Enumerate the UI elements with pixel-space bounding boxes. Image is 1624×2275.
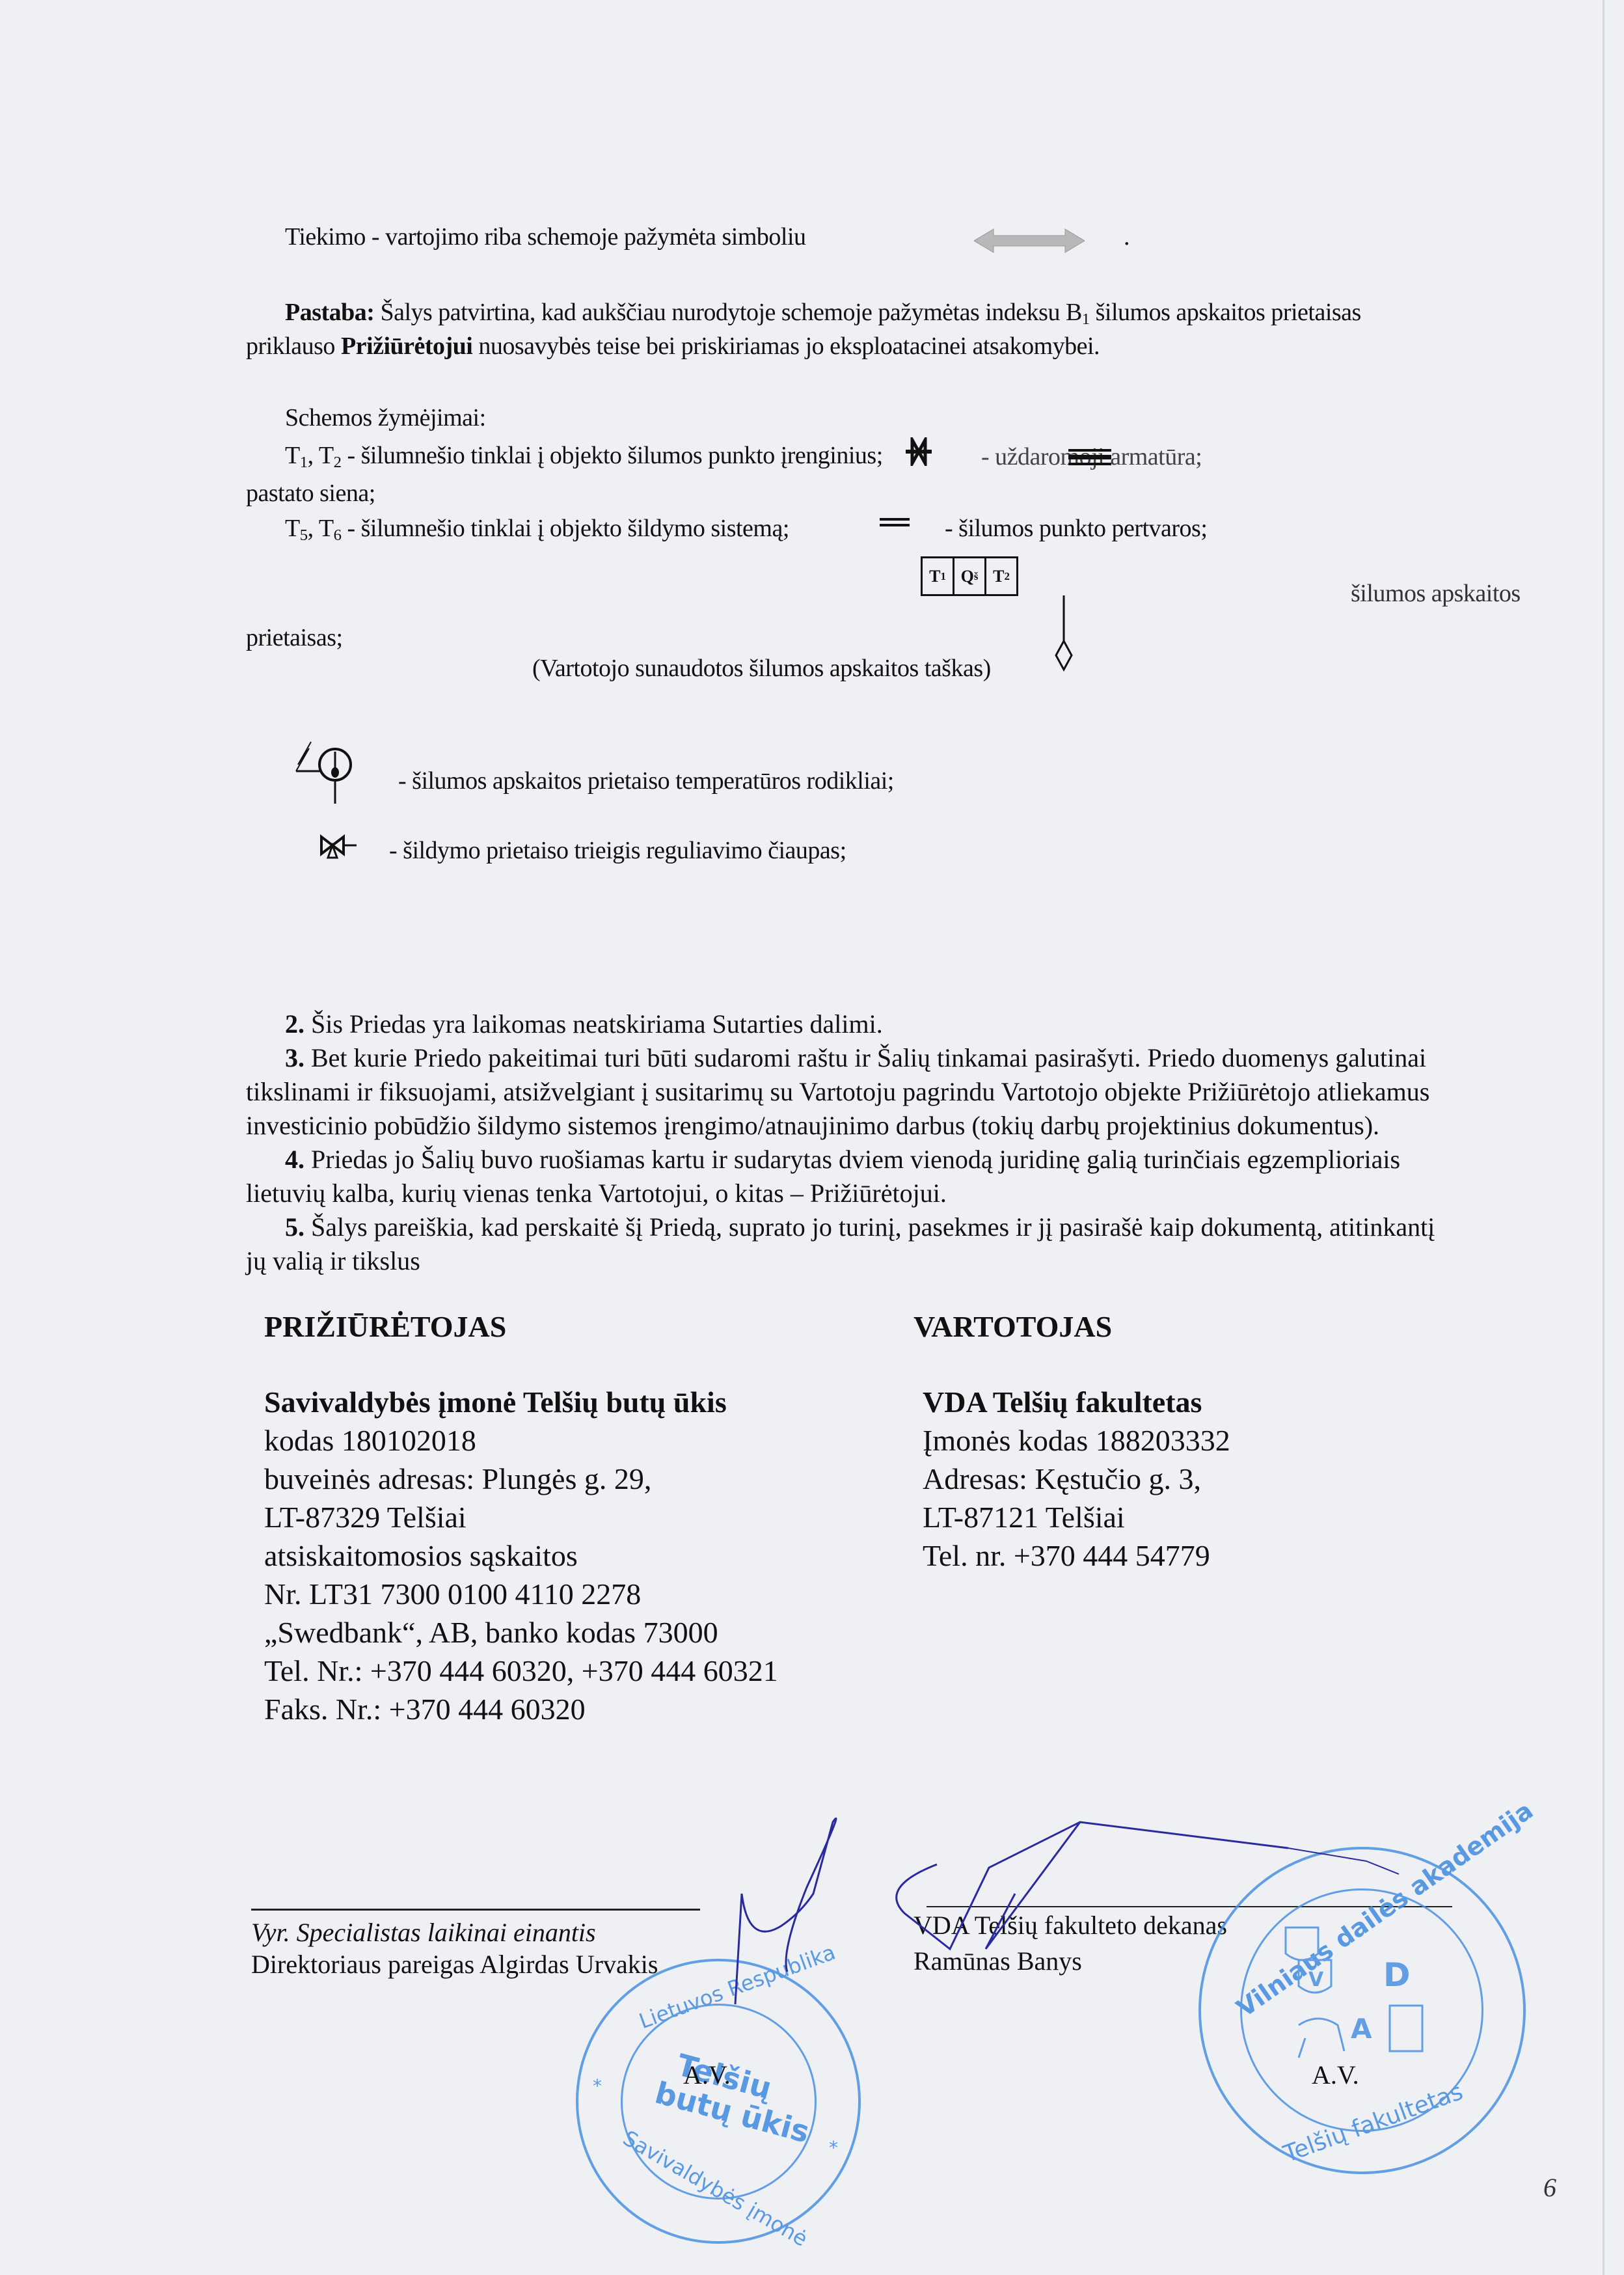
- left-party-name: Savivaldybės įmonė Telšių butų ūkis: [264, 1383, 778, 1421]
- boundary-text: Tiekimo - vartojimo riba schemoje pažymė…: [285, 223, 806, 251]
- left-sign-name: Direktoriaus pareigas Algirdas Urvakis: [251, 1949, 658, 1980]
- note-bold: Prižiūrėtojui: [341, 333, 472, 360]
- document-page: Tiekimo - vartojimo riba schemoje pažymė…: [0, 0, 1624, 2275]
- clause-text: Šalys pareiškia, kad perskaitė šį Priedą…: [304, 1212, 1435, 1242]
- left-account-label: atsiskaitomosios sąskaitos: [264, 1536, 778, 1575]
- clause-text: Bet kurie Priedo pakeitimai turi būti su…: [304, 1043, 1426, 1072]
- stamp-star: *: [829, 2137, 838, 2159]
- left-postal: LT-87329 Telšiai: [264, 1498, 778, 1536]
- right-party-details: VDA Telšių fakultetas Įmonės kodas 18820…: [923, 1383, 1230, 1575]
- boundary-label: Tiekimo - vartojimo riba schemoje pažymė…: [285, 223, 806, 251]
- left-sign-title: Vyr. Specialistas laikinai einantis: [251, 1917, 596, 1948]
- meter-legend-cont: prietaisas;: [246, 623, 343, 652]
- page-edge: [1603, 0, 1604, 2275]
- handwritten-signatures: [651, 1796, 1399, 2056]
- legend-t1t2: T1, T2 - šilumnešio tinklai į objekto ši…: [285, 441, 883, 472]
- clause-number: 4.: [285, 1145, 304, 1174]
- heat-meter-box: T1 Qš T2: [921, 556, 1018, 596]
- t-sub: 2: [334, 454, 342, 471]
- note-text-2a: priklauso: [246, 333, 341, 360]
- t-text: - šilumnešio tinklai į objekto šilumos p…: [341, 442, 882, 469]
- right-postal: LT-87121 Telšiai: [923, 1498, 1230, 1536]
- left-account-number: Nr. LT31 7300 0100 4110 2278: [264, 1575, 778, 1613]
- note-text: Šalys patvirtina, kad aukščiau nurodytoj…: [380, 299, 1081, 326]
- meter-cell-sub: š: [974, 570, 979, 583]
- page-number: 6: [1543, 2172, 1556, 2203]
- wall-symbol-icon: [1068, 449, 1111, 466]
- threeway-legend: - šildymo prietaiso trieigis reguliavimo…: [389, 836, 846, 865]
- clause-3: 3. Bet kurie Priedo pakeitimai turi būti…: [246, 1041, 1567, 1075]
- meter-cell-sub: 1: [940, 570, 945, 583]
- t-sub: 1: [300, 454, 308, 471]
- clauses-block: 2. Šis Priedas yra laikomas neatskiriama…: [246, 1007, 1567, 1278]
- three-way-valve-icon: [320, 834, 359, 860]
- clause-number: 5.: [285, 1212, 304, 1242]
- t-sub: 6: [334, 526, 342, 544]
- t-sub: 5: [300, 526, 308, 544]
- left-signature-line: [251, 1909, 700, 1911]
- legend-title: Schemos žymėjimai:: [285, 403, 486, 432]
- t-label: T: [285, 515, 300, 542]
- right-code: Įmonės kodas 188203332: [923, 1421, 1230, 1460]
- clause-text: Šis Priedas yra laikomas neatskiriama Su…: [304, 1009, 883, 1039]
- note-line-1: Pastaba: Šalys patvirtina, kad aukščiau …: [285, 298, 1361, 329]
- meter-cell-label: T: [993, 567, 1004, 586]
- meter-cell-t2: T2: [986, 558, 1016, 594]
- t-label: T: [285, 442, 300, 469]
- right-address: Adresas: Kęstučio g. 3,: [923, 1460, 1230, 1498]
- right-seal-mark: A.V.: [1312, 2060, 1359, 2090]
- right-party-name: VDA Telšių fakultetas: [923, 1383, 1230, 1421]
- clause-5-cont: jų valią ir tikslus: [246, 1244, 1567, 1278]
- left-code: kodas 180102018: [264, 1421, 778, 1460]
- meter-cell-q: Qš: [954, 558, 986, 594]
- left-fax: Faks. Nr.: +370 444 60320: [264, 1690, 778, 1728]
- wall-legend: pastato siena;: [246, 479, 375, 508]
- left-phone: Tel. Nr.: +370 444 60320, +370 444 60321: [264, 1652, 778, 1690]
- clause-3-cont: tikslinami ir fiksuojami, atsižvelgiant …: [246, 1075, 1567, 1109]
- note-label: Pastaba:: [285, 299, 374, 326]
- meter-cell-sub: 2: [1004, 570, 1009, 583]
- clause-3-cont: investicinio pobūdžio šildymo sistemos į…: [246, 1109, 1567, 1143]
- right-phone: Tel. nr. +370 444 54779: [923, 1536, 1230, 1575]
- clause-4-cont: lietuvių kalba, kurių vienas tenka Varto…: [246, 1177, 1567, 1210]
- clause-number: 3.: [285, 1043, 304, 1072]
- thermometer-icon: [293, 739, 364, 810]
- left-seal-mark: A.V.: [683, 2060, 731, 2090]
- left-party-details: Savivaldybės įmonė Telšių butų ūkis koda…: [264, 1383, 778, 1728]
- clause-2: 2. Šis Priedas yra laikomas neatskiriama…: [246, 1007, 1567, 1041]
- meter-point-caption: (Vartotojo sunaudotos šilumos apskaitos …: [532, 654, 991, 683]
- left-bank: „Swedbank“, AB, banko kodas 73000: [264, 1613, 778, 1652]
- meter-cell-label: Q: [961, 567, 974, 586]
- t-text: - šilumnešio tinklai į objekto šildymo s…: [341, 515, 789, 542]
- note-sub: 1: [1082, 310, 1090, 328]
- t-mid: , T: [308, 442, 334, 469]
- note-text-2b: nuosavybės teise bei priskiriamas jo eks…: [472, 333, 1100, 360]
- meter-legend: šilumos apskaitos: [1351, 579, 1521, 608]
- t-mid: , T: [308, 515, 334, 542]
- meter-cell-label: T: [929, 567, 940, 586]
- note-text-end: šilumos apskaitos prietaisas: [1090, 299, 1361, 326]
- partition-legend: - šilumos punkto pertvaros;: [945, 514, 1207, 543]
- meter-point-diamond-icon: [1054, 595, 1074, 674]
- note-line-2: priklauso Prižiūrėtojui nuosavybės teise…: [246, 332, 1100, 361]
- partition-symbol-icon: [880, 518, 910, 527]
- shutoff-valve-icon: [906, 437, 932, 466]
- right-party-heading: VARTOTOJAS: [913, 1309, 1112, 1344]
- meter-cell-t1: T1: [923, 558, 954, 594]
- legend-t5t6: T5, T6 - šilumnešio tinklai į objekto ši…: [285, 514, 789, 545]
- clause-number: 2.: [285, 1009, 304, 1039]
- clause-5: 5. Šalys pareiškia, kad perskaitė šį Pri…: [246, 1210, 1567, 1244]
- clause-text: Priedas jo Šalių buvo ruošiamas kartu ir…: [304, 1145, 1400, 1174]
- stamp-star: *: [593, 2075, 602, 2097]
- left-address: buveinės adresas: Plungės g. 29,: [264, 1460, 778, 1498]
- left-party-heading: PRIŽIŪRĖTOJAS: [264, 1309, 506, 1344]
- clause-4: 4. Priedas jo Šalių buvo ruošiamas kartu…: [246, 1143, 1567, 1177]
- double-arrow-icon: [974, 228, 1085, 254]
- thermo-legend: - šilumos apskaitos prietaiso temperatūr…: [398, 767, 894, 795]
- boundary-period: .: [1124, 223, 1130, 251]
